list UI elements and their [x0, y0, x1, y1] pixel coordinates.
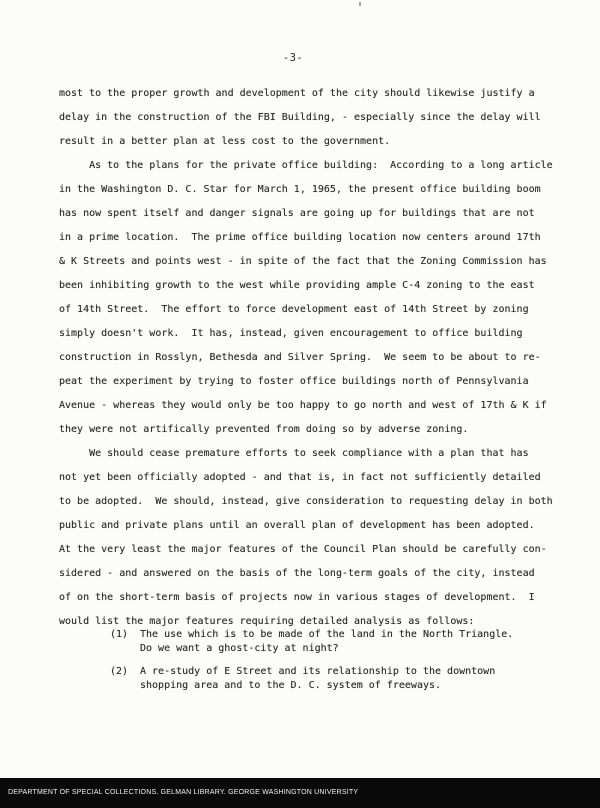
text-line: We should cease premature efforts to see… — [59, 442, 569, 466]
text-line: simply doesn't work. It has, instead, gi… — [59, 322, 569, 346]
text-line: public and private plans until an overal… — [59, 514, 569, 538]
text-line: sidered - and answered on the basis of t… — [59, 562, 569, 586]
text-line: At the very least the major features of … — [59, 538, 569, 562]
text-line: not yet been officially adopted - and th… — [59, 466, 569, 490]
text-line: The use which is to be made of the land … — [140, 628, 513, 642]
text-line: & K Streets and points west - in spite o… — [59, 250, 569, 274]
page-number: -3- — [0, 52, 586, 64]
list-item: (2)A re-study of E Street and its relati… — [110, 665, 513, 693]
text-line: delay in the construction of the FBI Bui… — [59, 106, 569, 130]
text-line: of 14th Street. The effort to force deve… — [59, 298, 569, 322]
text-line: been inhibiting growth to the west while… — [59, 274, 569, 298]
paragraph: As to the plans for the private office b… — [59, 154, 569, 442]
list-item-number: (1) — [110, 628, 128, 642]
document-body: most to the proper growth and developmen… — [59, 82, 569, 634]
text-line: A re-study of E Street and its relations… — [140, 665, 513, 679]
text-line: result in a better plan at less cost to … — [59, 130, 569, 154]
text-line: most to the proper growth and developmen… — [59, 82, 569, 106]
text-line: they were not artifically prevented from… — [59, 418, 569, 442]
paragraph: We should cease premature efforts to see… — [59, 442, 569, 634]
paragraph: most to the proper growth and developmen… — [59, 82, 569, 154]
text-line: of on the short-term basis of projects n… — [59, 586, 569, 610]
scan-speck — [359, 2, 361, 6]
text-line: construction in Rosslyn, Bethesda and Si… — [59, 346, 569, 370]
text-line: in a prime location. The prime office bu… — [59, 226, 569, 250]
archival-footer-text: DEPARTMENT OF SPECIAL COLLECTIONS. GELMA… — [8, 789, 358, 796]
text-line: has now spent itself and danger signals … — [59, 202, 569, 226]
text-line: in the Washington D. C. Star for March 1… — [59, 178, 569, 202]
text-line: Avenue - whereas they would only be too … — [59, 394, 569, 418]
text-line: peat the experiment by trying to foster … — [59, 370, 569, 394]
text-line: to be adopted. We should, instead, give … — [59, 490, 569, 514]
list-item-number: (2) — [110, 665, 128, 679]
text-line: shopping area and to the D. C. system of… — [140, 679, 513, 693]
text-line: As to the plans for the private office b… — [59, 154, 569, 178]
scanned-document-page: -3- most to the proper growth and develo… — [0, 0, 600, 808]
list-item: (1)The use which is to be made of the la… — [110, 628, 513, 656]
numbered-list: (1)The use which is to be made of the la… — [110, 628, 513, 702]
archival-footer-bar: DEPARTMENT OF SPECIAL COLLECTIONS. GELMA… — [0, 778, 600, 808]
text-line: Do we want a ghost-city at night? — [140, 642, 513, 656]
